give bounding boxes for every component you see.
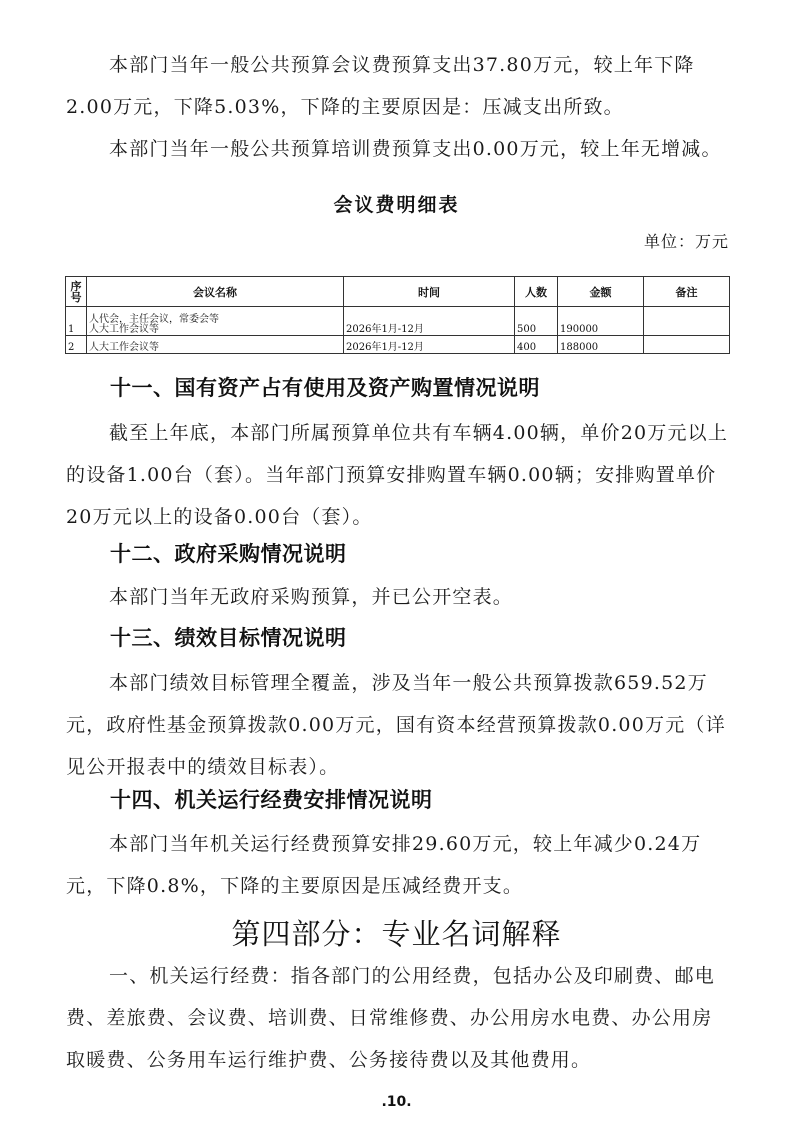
part-four-title: 第四部分：专业名词解释 xyxy=(0,912,793,953)
cell-name-line2: 人大工作会议等 xyxy=(89,325,341,335)
header-seq: 序号 xyxy=(66,277,87,307)
cell-people: 500 xyxy=(515,307,558,336)
table-row: 2 人大工作会议等 2026年1月-12月 400 188000 xyxy=(66,336,730,354)
cell-time: 2026年1月-12月 xyxy=(344,336,515,354)
table-unit: 单位：万元 xyxy=(644,229,729,252)
cell-people: 400 xyxy=(515,336,558,354)
header-name: 会议名称 xyxy=(87,277,344,307)
section-heading-assets: 十一、国有资产占有使用及资产购置情况说明 xyxy=(110,372,540,402)
section-body-assets: 截至上年底，本部门所属预算单位共有车辆4.00辆，单价20万元以上的设备1.00… xyxy=(66,412,732,538)
cell-time: 2026年1月-12月 xyxy=(344,307,515,336)
cell-name: 人代会，主任会议，常委会等 人大工作会议等 xyxy=(87,307,344,336)
paragraph-training-expense: 本部门当年一般公共预算培训费预算支出0.00万元，较上年无增减。 xyxy=(66,128,732,170)
cell-seq: 1 xyxy=(66,307,87,336)
header-note: 备注 xyxy=(644,277,730,307)
section-body-performance: 本部门绩效目标管理全覆盖，涉及当年一般公共预算拨款659.52万元，政府性基金预… xyxy=(66,662,732,788)
table-row: 1 人代会，主任会议，常委会等 人大工作会议等 2026年1月-12月 500 … xyxy=(66,307,730,336)
section-body-procurement: 本部门当年无政府采购预算，并已公开空表。 xyxy=(66,576,732,618)
table-title: 会议费明细表 xyxy=(0,190,793,217)
paragraph-meeting-expense: 本部门当年一般公共预算会议费预算支出37.80万元，较上年下降2.00万元，下降… xyxy=(66,44,732,128)
term-definition: 一、机关运行经费：指各部门的公用经费，包括办公及印刷费、邮电费、差旅费、会议费、… xyxy=(66,955,732,1081)
section-heading-performance: 十三、绩效目标情况说明 xyxy=(110,622,347,652)
cell-amount: 188000 xyxy=(558,336,644,354)
section-body-operating-costs: 本部门当年机关运行经费预算安排29.60万元，较上年减少0.24万元，下降0.8… xyxy=(66,823,732,907)
table-header-row: 序号 会议名称 时间 人数 金额 备注 xyxy=(66,277,730,307)
header-time: 时间 xyxy=(344,277,515,307)
cell-amount: 190000 xyxy=(558,307,644,336)
header-people: 人数 xyxy=(515,277,558,307)
section-heading-procurement: 十二、政府采购情况说明 xyxy=(110,538,347,568)
page-number: .10. xyxy=(0,1094,793,1110)
cell-note xyxy=(644,307,730,336)
header-amount: 金额 xyxy=(558,277,644,307)
cell-name: 人大工作会议等 xyxy=(87,336,344,354)
cell-seq: 2 xyxy=(66,336,87,354)
meeting-expense-table: 序号 会议名称 时间 人数 金额 备注 1 人代会，主任会议，常委会等 人大工作… xyxy=(65,276,730,354)
cell-note xyxy=(644,336,730,354)
section-heading-operating-costs: 十四、机关运行经费安排情况说明 xyxy=(110,784,433,814)
